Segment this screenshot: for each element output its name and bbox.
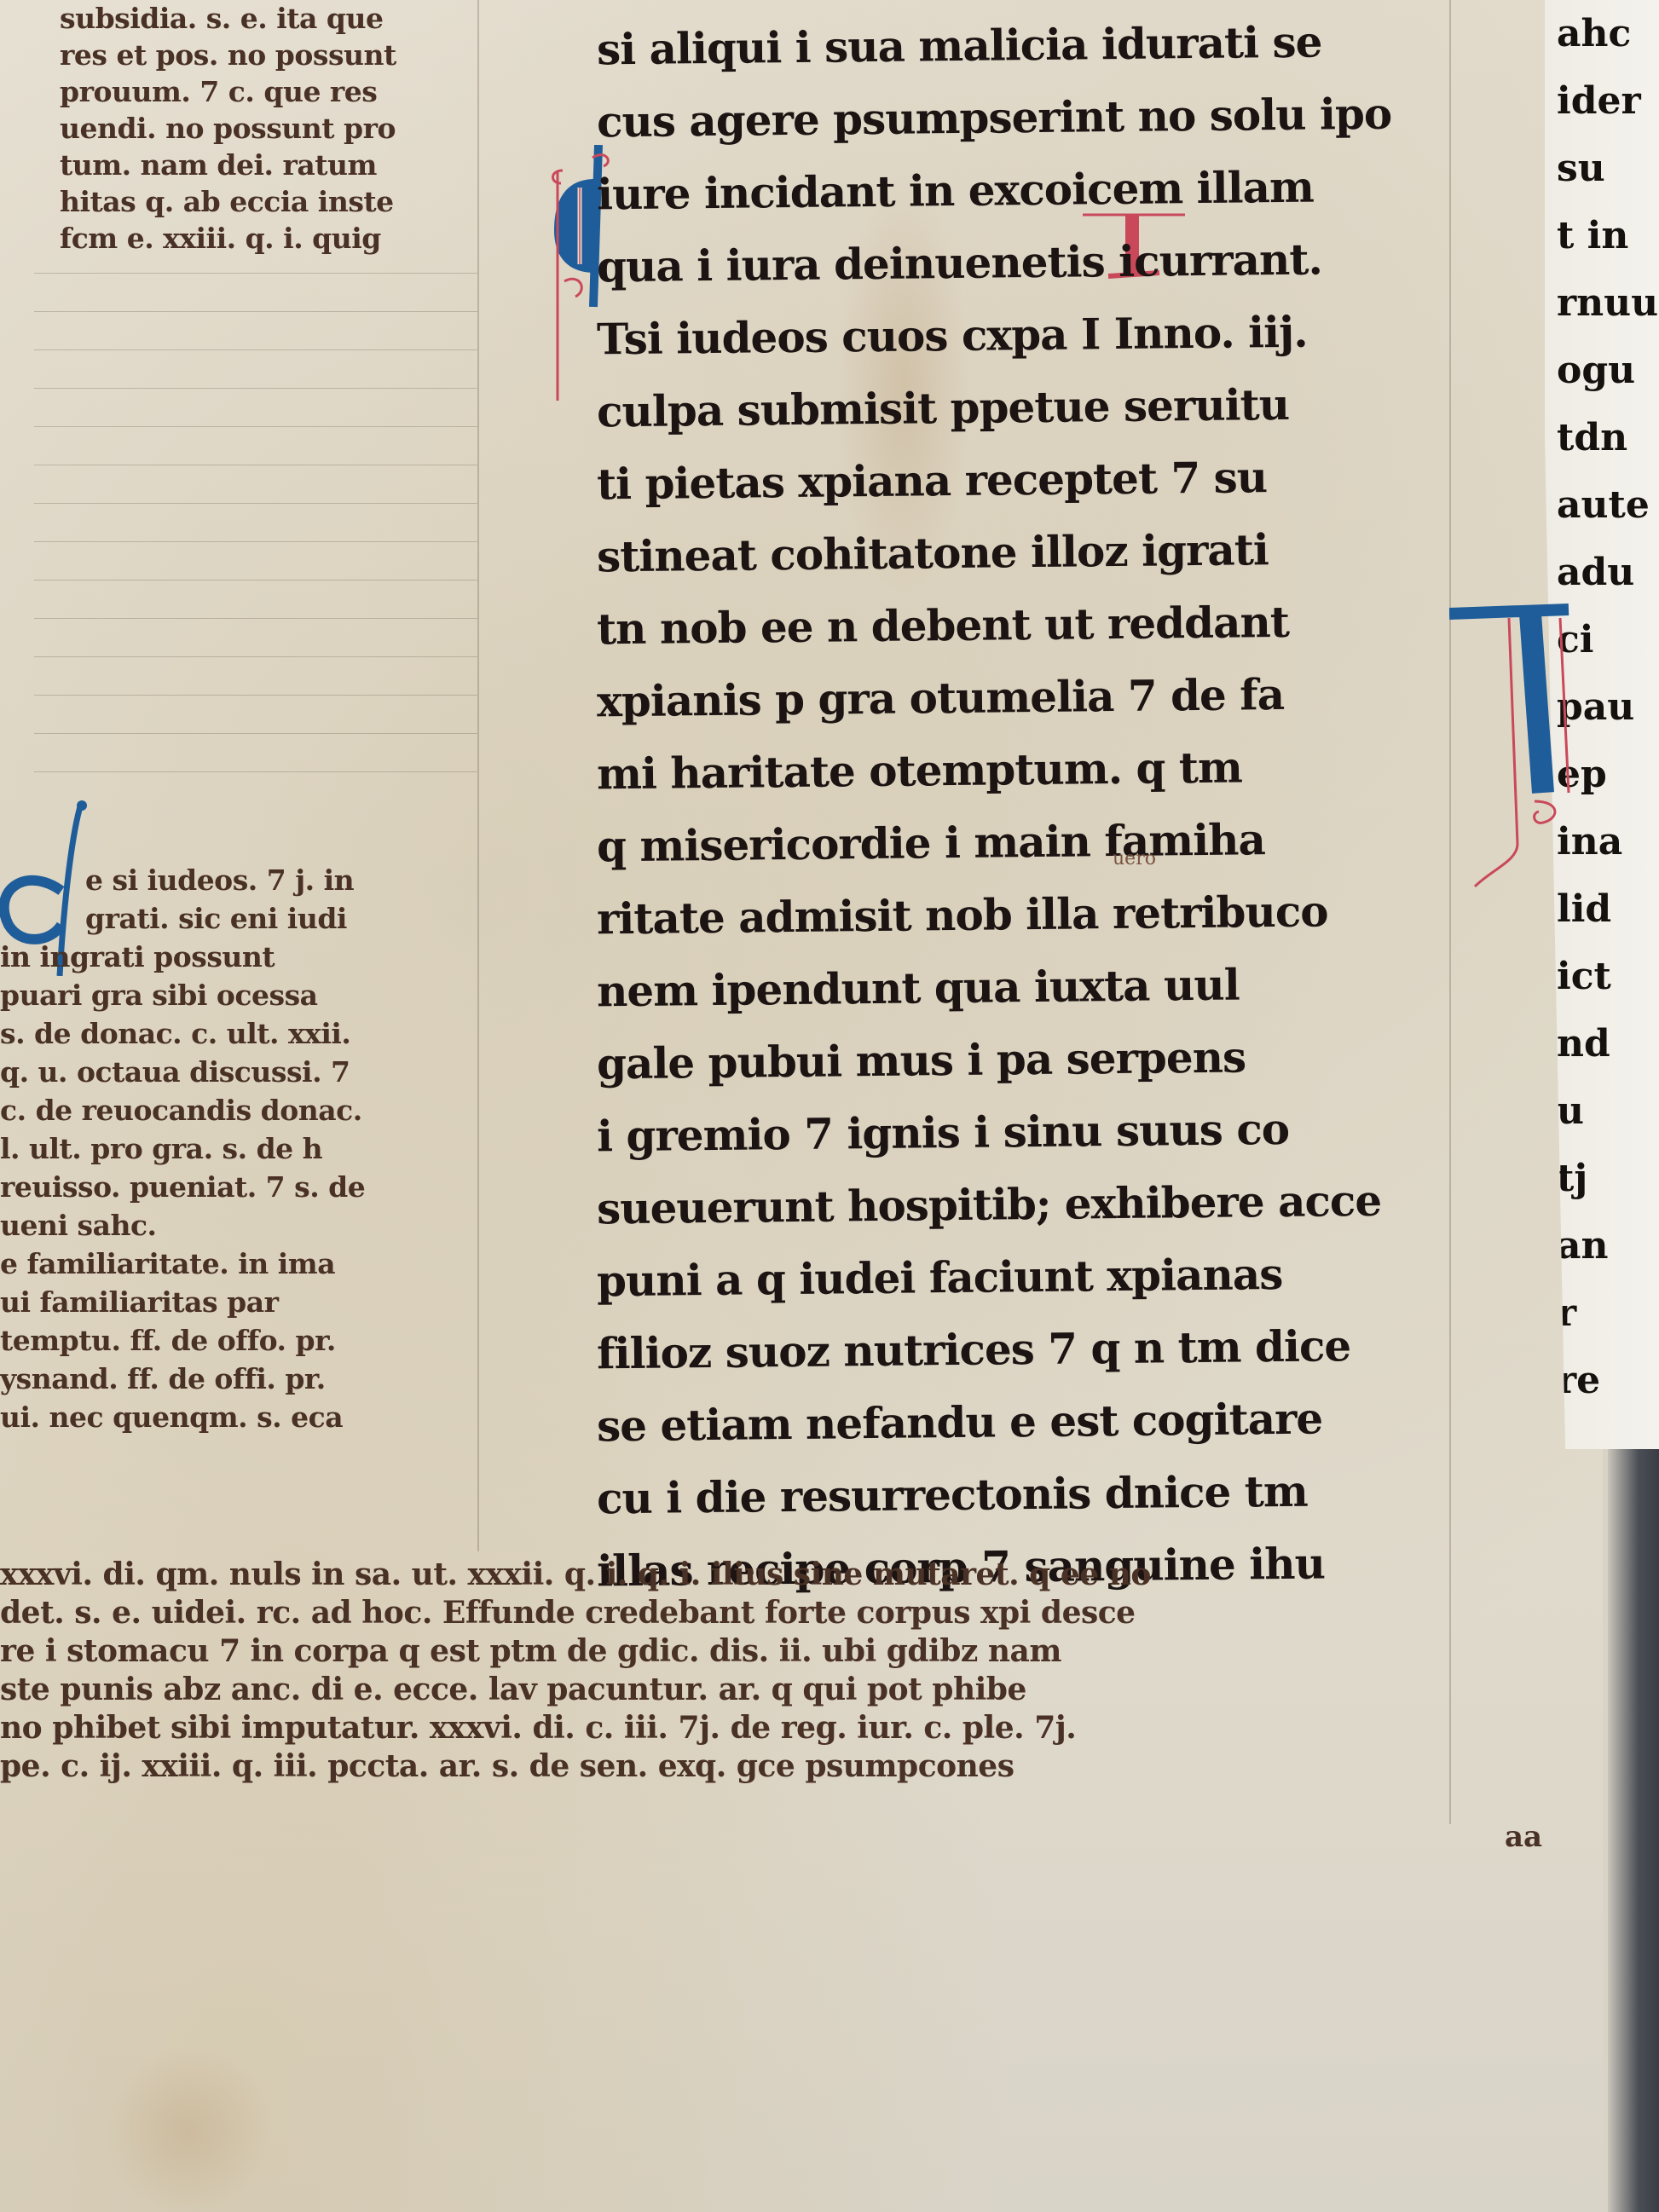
adjacent-fragment: t in bbox=[1545, 202, 1659, 269]
gloss-line: c. de reuocandis donac. bbox=[0, 1091, 503, 1129]
gloss-line: subsidia. s. e. ita que bbox=[60, 0, 512, 37]
ruling-horizontal bbox=[34, 733, 477, 734]
interlinear-note: uero bbox=[1113, 848, 1156, 869]
gloss-line: no phibet sibi imputatur. xxxvi. di. c. … bbox=[0, 1709, 1500, 1747]
main-text-line: cus agere psumpserint no solu ipo bbox=[597, 77, 1476, 159]
adjacent-fragment: ict bbox=[1545, 943, 1659, 1010]
main-text-line: se etiam nefandu e est cogitare bbox=[597, 1381, 1476, 1463]
main-text-line: q misericordie i main famiha bbox=[597, 801, 1476, 883]
main-text-line: puni a q iudei faciunt xpianas bbox=[597, 1236, 1476, 1318]
main-text-line: cu i die resurrectonis dnice tm bbox=[597, 1453, 1476, 1535]
main-text-line: qua i iura deinuenetis icurrant. bbox=[597, 222, 1476, 303]
gloss-line: hitas q. ab eccia inste bbox=[60, 183, 512, 220]
stain bbox=[102, 2046, 273, 2212]
adjacent-fragment: su bbox=[1545, 135, 1659, 202]
gloss-line: e familiaritate. in ima bbox=[0, 1245, 503, 1283]
ruling-horizontal bbox=[34, 541, 477, 542]
ruling-horizontal bbox=[34, 618, 477, 619]
ruling-horizontal bbox=[34, 465, 477, 465]
ruling-horizontal bbox=[34, 771, 477, 772]
main-text-line: i gremio 7 ignis i sinu suus co bbox=[597, 1091, 1476, 1173]
gloss-line: pe. c. ij. xxiii. q. iii. pccta. ar. s. … bbox=[0, 1747, 1500, 1786]
gloss-line: s. de donac. c. ult. xxii. bbox=[0, 1014, 503, 1053]
gloss-line: tum. nam dei. ratum bbox=[60, 147, 512, 183]
adjacent-fragment: tj bbox=[1545, 1145, 1659, 1212]
gloss-line: ui familiaritas par bbox=[0, 1283, 503, 1321]
adjacent-fragment: rnuu bbox=[1545, 269, 1659, 337]
gloss-line: xxxvi. di. qm. nuls in sa. ut. xxxii. q.… bbox=[0, 1556, 1500, 1594]
gloss-line: e si iudeos. 7 j. in bbox=[0, 861, 503, 899]
adjacent-fragment: ider bbox=[1545, 67, 1659, 135]
main-text-column: si aliqui i sua malicia idurati se cus a… bbox=[597, 9, 1475, 1603]
main-text-line: sueuerunt hospitib; exhibere acce bbox=[597, 1164, 1476, 1245]
main-text-line: stineat cohitatone illoz igrati bbox=[597, 511, 1476, 593]
gloss-line: ueni sahc. bbox=[0, 1206, 503, 1245]
gloss-line: reuisso. pueniat. 7 s. de bbox=[0, 1168, 503, 1206]
adjacent-fragment: nd bbox=[1545, 1010, 1659, 1077]
gloss-line: uendi. no possunt pro bbox=[60, 110, 512, 147]
gloss-line: ste punis abz anc. di e. ecce. lav pacun… bbox=[0, 1671, 1500, 1709]
main-text-line: nem ipendunt qua iuxta uul bbox=[597, 946, 1476, 1028]
adjacent-fragment: ogu bbox=[1545, 337, 1659, 404]
gloss-line: fcm e. xxiii. q. i. quig bbox=[60, 220, 512, 257]
gloss-line: prouum. 7 c. que res bbox=[60, 73, 512, 110]
gloss-line: temptu. ff. de offo. pr. bbox=[0, 1321, 503, 1360]
gloss-top-left: subsidia. s. e. ita que res et pos. no p… bbox=[60, 0, 512, 257]
ruling-horizontal bbox=[34, 273, 477, 274]
main-text-line: ti pietas xpiana receptet 7 su bbox=[597, 439, 1476, 521]
main-text-line: si aliqui i sua malicia idurati se bbox=[597, 4, 1476, 86]
gloss-line: res et pos. no possunt bbox=[60, 37, 512, 73]
main-text-line: mi haritate otemptum. q tm bbox=[597, 729, 1476, 811]
adjacent-fragment: aute bbox=[1545, 471, 1659, 539]
gloss-line: grati. sic eni iudi bbox=[0, 899, 503, 938]
ruling-horizontal bbox=[34, 580, 477, 580]
main-text-line: iure incidant in excoicem illam bbox=[597, 149, 1476, 231]
gloss-line: in ingrati possunt bbox=[0, 938, 503, 976]
main-text-line: gale pubui mus i pa serpens bbox=[597, 1019, 1476, 1100]
main-text-line: Tsi iudeos cuos cxpa I Inno. iij. bbox=[597, 294, 1476, 376]
adjacent-fragment: u bbox=[1545, 1077, 1659, 1145]
main-text-line: filioz suoz nutrices 7 q n tm dice bbox=[597, 1308, 1476, 1390]
ruling-horizontal bbox=[34, 695, 477, 696]
ruling-horizontal bbox=[34, 349, 477, 350]
adjacent-fragment: ahc bbox=[1545, 0, 1659, 67]
gloss-line: l. ult. pro gra. s. de h bbox=[0, 1129, 503, 1168]
gloss-bottom: xxxvi. di. qm. nuls in sa. ut. xxxii. q.… bbox=[0, 1556, 1500, 1786]
main-text-line: tn nob ee n debent ut reddant bbox=[597, 584, 1476, 666]
gloss-line: ysnand. ff. de offi. pr. bbox=[0, 1360, 503, 1398]
gloss-line: q. u. octaua discussi. 7 bbox=[0, 1053, 503, 1091]
ruling-horizontal bbox=[34, 656, 477, 657]
adjacent-fragment: an bbox=[1545, 1212, 1659, 1279]
gloss-line: det. s. e. uidei. rc. ad hoc. Effunde cr… bbox=[0, 1594, 1500, 1632]
adjacent-fragment: tdn bbox=[1545, 404, 1659, 471]
gloss-line: puari gra sibi ocessa bbox=[0, 976, 503, 1014]
main-text-line: xpianis p gra otumelia 7 de fa bbox=[597, 656, 1476, 738]
ruling-horizontal bbox=[34, 388, 477, 389]
gloss-line: re i stomacu 7 in corpa q est ptm de gdi… bbox=[0, 1632, 1500, 1671]
ruling-horizontal bbox=[34, 503, 477, 504]
main-text-line: culpa submisit ppetue seruitu bbox=[597, 367, 1476, 448]
gloss-line: ui. nec quenqm. s. eca bbox=[0, 1398, 503, 1436]
main-text-line: ritate admisit nob illa retribuco bbox=[597, 874, 1476, 956]
ruling-horizontal bbox=[34, 426, 477, 427]
gloss-left-margin: e si iudeos. 7 j. in grati. sic eni iudi… bbox=[0, 861, 503, 1436]
quire-mark: aa bbox=[1505, 1820, 1542, 1854]
ruling-horizontal bbox=[34, 311, 477, 312]
